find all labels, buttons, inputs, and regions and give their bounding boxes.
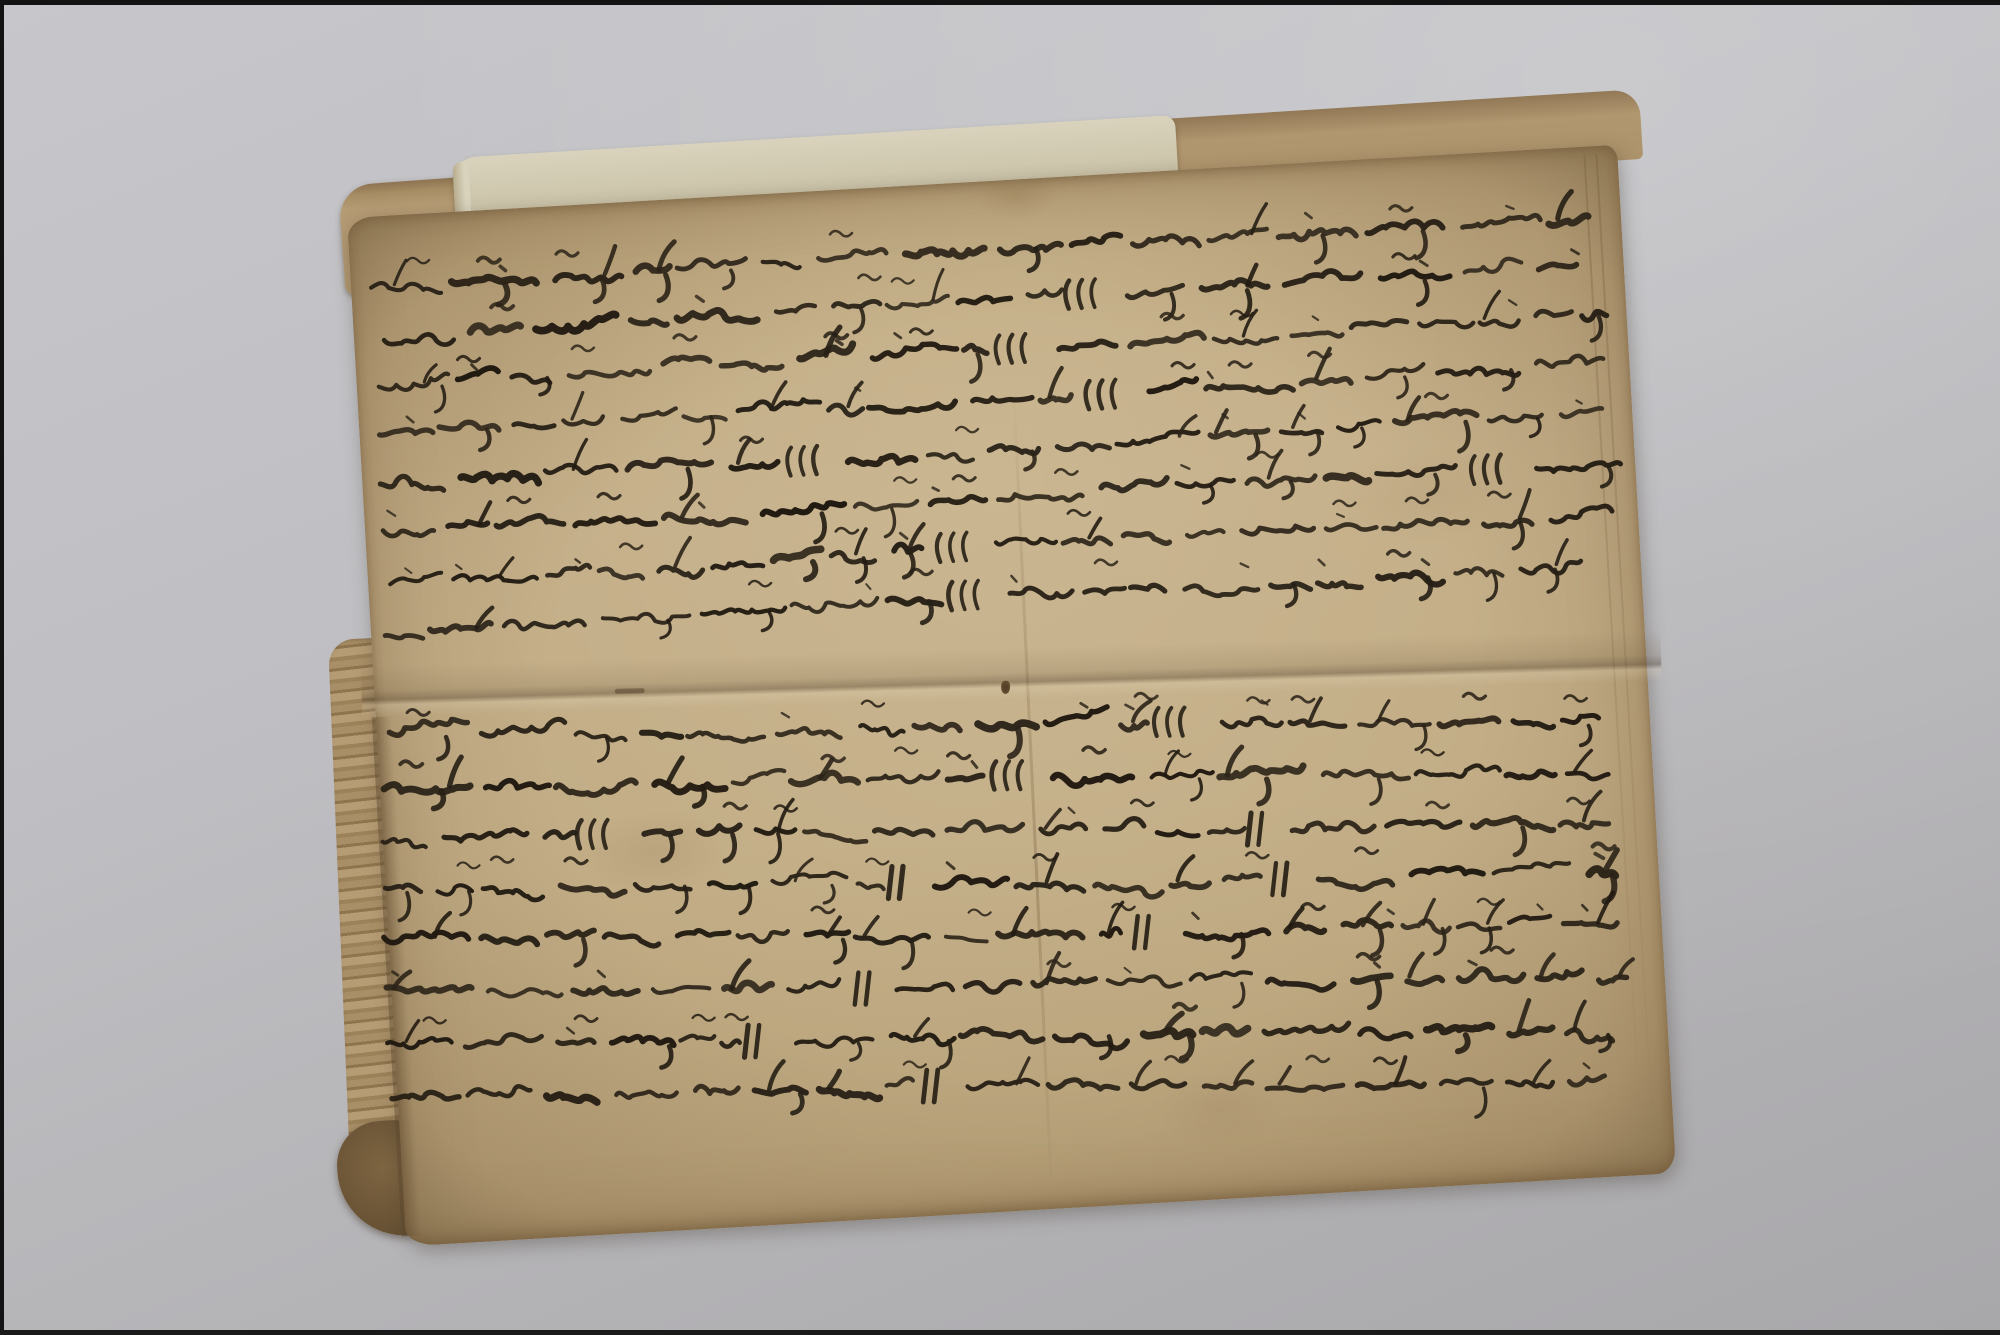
- script-stroke: [744, 1025, 748, 1057]
- script-stroke: [1483, 455, 1489, 483]
- script-stroke: [854, 973, 858, 1005]
- script-stroke: [875, 829, 933, 836]
- script-stroke: [1305, 213, 1311, 218]
- script-stroke: [949, 533, 955, 561]
- script-stroke: [1326, 474, 1369, 484]
- script-stroke: [1563, 922, 1617, 927]
- script-stroke: [481, 936, 537, 945]
- script-stroke: [500, 266, 505, 271]
- script-stroke: [383, 528, 434, 538]
- script-stroke: [1224, 875, 1260, 880]
- script-stroke: [1464, 258, 1522, 273]
- script-stroke: [512, 373, 550, 385]
- script-stroke: [1053, 774, 1132, 786]
- script-stroke: [1576, 400, 1581, 404]
- script-stroke: [1375, 963, 1380, 967]
- script-line: [383, 531, 1583, 664]
- script-stroke: [1279, 1067, 1290, 1084]
- script-stroke: [468, 1086, 531, 1096]
- script-stroke: [1555, 540, 1568, 564]
- script-stroke: [1126, 705, 1134, 709]
- script-stroke: [1152, 771, 1213, 779]
- script-stroke: [749, 580, 771, 587]
- script-stroke: [1476, 1088, 1486, 1117]
- script-stroke: [545, 832, 575, 838]
- script-stroke: [456, 565, 462, 570]
- script-stroke: [1357, 1082, 1424, 1089]
- script-stroke: [928, 452, 973, 464]
- script-stroke: [828, 404, 863, 417]
- script-stroke: [598, 493, 620, 500]
- script-stroke: [831, 550, 875, 564]
- script-stroke: [1181, 465, 1189, 470]
- script-stroke: [770, 834, 780, 863]
- script-stroke: [1256, 451, 1278, 458]
- script-stroke: [571, 393, 585, 419]
- script-stroke: [961, 581, 967, 609]
- script-stroke: [903, 940, 913, 969]
- script-stroke: [1458, 1035, 1468, 1051]
- script-stroke: [1267, 451, 1283, 478]
- script-stroke: [661, 1046, 671, 1067]
- script-stroke: [1084, 588, 1124, 595]
- script-stroke: [998, 931, 1083, 938]
- script-stroke: [1599, 977, 1627, 983]
- script-stroke: [620, 543, 642, 550]
- script-stroke: [1377, 465, 1456, 477]
- script-stroke: [847, 383, 863, 407]
- script-stroke: [905, 247, 984, 260]
- script-stroke: [866, 584, 870, 589]
- script-stroke: [900, 533, 907, 539]
- script-stroke: [947, 821, 1023, 831]
- script-stroke: [1462, 215, 1540, 227]
- open-manuscript-spread: [347, 145, 1676, 1247]
- script-stroke: [1318, 581, 1362, 590]
- script-stroke: [1229, 361, 1251, 368]
- script-stroke: [1337, 514, 1344, 518]
- script-stroke: [1419, 319, 1473, 330]
- script-stroke: [575, 516, 655, 528]
- script-stroke: [824, 885, 834, 903]
- script-stroke: [1302, 903, 1324, 909]
- script-line: [381, 431, 1622, 567]
- script-stroke: [380, 474, 444, 494]
- script-stroke: [1313, 316, 1318, 320]
- script-stroke: [1131, 800, 1153, 806]
- script-stroke: [868, 771, 939, 782]
- script-stroke: [1489, 415, 1542, 423]
- script-stroke: [1186, 930, 1269, 940]
- script-stroke: [1426, 1025, 1491, 1032]
- script-stroke: [862, 701, 884, 707]
- script-stroke: [1033, 978, 1095, 986]
- script-stroke: [872, 343, 957, 360]
- script-stroke: [576, 732, 626, 741]
- script-stroke: [1574, 1002, 1585, 1031]
- script-stroke: [1383, 518, 1467, 530]
- script-stroke: [1393, 253, 1415, 260]
- script-stroke: [1088, 518, 1101, 537]
- script-stroke: [962, 532, 968, 560]
- script-stroke: [833, 301, 880, 308]
- top-page-script: [364, 189, 1638, 680]
- script-stroke: [1184, 582, 1258, 598]
- script-stroke: [1491, 947, 1513, 953]
- script-stroke: [508, 496, 530, 503]
- script-stroke: [931, 269, 944, 299]
- script-stroke: [491, 856, 513, 862]
- script-stroke: [563, 416, 603, 425]
- script-stroke: [406, 1021, 419, 1042]
- script-stroke: [483, 887, 543, 901]
- script-stroke: [970, 354, 981, 382]
- script-stroke: [699, 503, 704, 508]
- script-stroke: [829, 1071, 839, 1087]
- script-stroke: [1133, 701, 1151, 721]
- script-stroke: [644, 831, 680, 834]
- script-stroke: [1569, 1076, 1605, 1085]
- script-stroke: [866, 858, 888, 864]
- script-stroke: [936, 534, 942, 562]
- script-stroke: [572, 440, 588, 470]
- script-stroke: [1425, 392, 1447, 399]
- script-stroke: [695, 1086, 738, 1094]
- script-stroke: [1584, 1064, 1590, 1069]
- script-stroke: [848, 455, 915, 466]
- script-stroke: [1441, 1079, 1492, 1084]
- script-stroke: [812, 446, 818, 474]
- script-stroke: [1416, 726, 1426, 750]
- script-stroke: [978, 723, 1036, 729]
- script-stroke: [655, 781, 726, 792]
- script-stroke: [930, 496, 985, 504]
- script-stroke: [1351, 320, 1407, 328]
- script-stroke: [561, 885, 625, 897]
- script-stroke: [642, 732, 681, 737]
- script-stroke: [1515, 828, 1525, 855]
- script-stroke: [1127, 285, 1183, 298]
- script-stroke: [1353, 976, 1390, 982]
- script-stroke: [899, 866, 903, 898]
- script-stroke: [693, 1015, 715, 1021]
- fold-crease-mark: [615, 688, 645, 694]
- script-stroke: [886, 1078, 912, 1086]
- script-stroke: [818, 249, 886, 261]
- script-stroke: [612, 1036, 674, 1046]
- script-stroke: [1469, 961, 1476, 965]
- script-stroke: [1048, 368, 1063, 397]
- script-stroke: [923, 1070, 927, 1102]
- script-stroke: [1085, 381, 1091, 409]
- script-stroke: [461, 471, 539, 487]
- script-stroke: [773, 549, 821, 560]
- script-stroke: [598, 971, 604, 977]
- script-stroke: [573, 988, 638, 995]
- script-stroke: [1132, 234, 1199, 249]
- script-stroke: [400, 761, 422, 767]
- script-stroke: [663, 356, 710, 364]
- script-stroke: [933, 487, 939, 491]
- script-stroke: [792, 1094, 802, 1113]
- script-stroke: [1180, 708, 1185, 736]
- script-stroke: [1458, 422, 1470, 451]
- script-stroke: [1021, 334, 1027, 362]
- script-stroke: [371, 280, 441, 297]
- script-stroke: [1550, 506, 1612, 523]
- script-stroke: [677, 308, 758, 325]
- script-stroke: [575, 559, 580, 563]
- script-stroke: [1220, 766, 1304, 777]
- script-stroke: [1208, 372, 1212, 378]
- script-stroke: [1202, 1027, 1247, 1035]
- script-stroke: [724, 803, 746, 809]
- script-stroke: [1191, 779, 1201, 800]
- script-stroke: [1258, 813, 1262, 845]
- script-stroke: [1520, 561, 1581, 575]
- script-stroke: [658, 275, 669, 301]
- script-stroke: [478, 256, 500, 263]
- script-stroke: [684, 414, 726, 422]
- script-stroke: [1439, 718, 1498, 726]
- script-stroke: [1380, 269, 1450, 282]
- script-stroke: [1496, 455, 1502, 483]
- script-stroke: [1488, 491, 1510, 498]
- script-stroke: [384, 932, 469, 943]
- script-stroke: [712, 561, 763, 568]
- script-stroke: [948, 776, 983, 780]
- script-stroke: [1420, 261, 1427, 266]
- stitch-mark: [1001, 681, 1011, 694]
- script-stroke: [1283, 482, 1294, 499]
- script-stroke: [1326, 523, 1377, 532]
- script-stroke: [1241, 563, 1249, 567]
- script-stroke: [1101, 478, 1167, 492]
- script-stroke: [603, 820, 608, 848]
- script-stroke: [1008, 335, 1014, 363]
- script-stroke: [858, 274, 880, 281]
- script-stroke: [1323, 770, 1409, 780]
- script-stroke: [461, 891, 471, 915]
- bottom-page-script: [381, 690, 1643, 1183]
- script-stroke: [1561, 408, 1603, 417]
- script-line: [389, 688, 1599, 764]
- script-stroke: [1518, 490, 1531, 518]
- script-stroke: [1034, 854, 1056, 860]
- script-stroke: [738, 399, 820, 412]
- script-stroke: [479, 430, 490, 450]
- script-stroke: [1098, 380, 1104, 408]
- script-stroke: [1059, 341, 1116, 350]
- script-stroke: [1619, 959, 1633, 977]
- script-stroke: [1437, 366, 1518, 380]
- script-stroke: [1174, 1004, 1196, 1010]
- script-stroke: [974, 581, 980, 609]
- script-stroke: [894, 476, 916, 483]
- script-stroke: [1567, 773, 1608, 780]
- script-stroke: [1055, 1035, 1128, 1049]
- script-stroke: [555, 272, 622, 285]
- script-stroke: [1605, 850, 1617, 870]
- script-stroke: [1538, 904, 1543, 909]
- script-stroke: [1121, 722, 1147, 730]
- script-stroke: [973, 396, 1033, 403]
- script-stroke: [1040, 395, 1071, 402]
- script-stroke: [389, 719, 467, 735]
- script-stroke: [424, 1017, 446, 1023]
- script-stroke: [1000, 244, 1061, 254]
- script-stroke: [1278, 228, 1356, 241]
- script-stroke: [991, 761, 996, 789]
- script-stroke: [449, 757, 461, 786]
- photo-backdrop: [0, 0, 2000, 1335]
- script-stroke: [769, 1061, 784, 1089]
- script-stroke: [590, 820, 595, 848]
- script-stroke: [1372, 930, 1382, 955]
- script-stroke: [1193, 913, 1199, 919]
- script-stroke: [1209, 828, 1245, 833]
- script-stroke: [858, 883, 884, 889]
- script-stroke: [1319, 560, 1325, 566]
- script-stroke: [865, 972, 869, 1004]
- script-stroke: [1427, 802, 1449, 808]
- script-stroke: [946, 936, 987, 942]
- script-stroke: [1390, 205, 1412, 212]
- script-stroke: [998, 491, 1082, 505]
- script-stroke: [1315, 235, 1326, 262]
- script-stroke: [1374, 1058, 1396, 1064]
- script-stroke: [659, 565, 703, 579]
- script-stroke: [1581, 726, 1591, 746]
- script-stroke: [680, 1035, 714, 1040]
- script-stroke: [384, 784, 470, 793]
- script-stroke: [772, 873, 846, 885]
- script-stroke: [635, 884, 690, 891]
- script-stroke: [387, 986, 472, 992]
- script-stroke: [499, 558, 514, 576]
- script-stroke: [903, 554, 914, 577]
- script-stroke: [995, 335, 1001, 363]
- script-stroke: [385, 633, 423, 640]
- script-stroke: [1506, 206, 1513, 210]
- script-stroke: [814, 514, 826, 542]
- script-stroke: [1247, 475, 1316, 487]
- script-stroke: [1177, 856, 1193, 880]
- script-stroke: [1136, 1062, 1150, 1084]
- script-stroke: [481, 719, 565, 736]
- script-stroke: [407, 416, 414, 422]
- script-stroke: [677, 930, 729, 936]
- script-stroke: [1568, 798, 1590, 804]
- script-stroke: [948, 753, 970, 759]
- script-stroke: [935, 876, 1008, 887]
- script-stroke: [851, 1043, 861, 1060]
- script-stroke: [1535, 310, 1571, 317]
- script-stroke: [575, 1016, 597, 1022]
- script-stroke: [934, 1070, 938, 1102]
- script-stroke: [1422, 559, 1428, 565]
- script-line: [382, 233, 1581, 368]
- script-stroke: [869, 401, 956, 413]
- script-stroke: [721, 361, 782, 373]
- script-stroke: [1131, 1080, 1185, 1089]
- script-stroke: [384, 333, 454, 348]
- script-stroke: [1154, 708, 1159, 736]
- script-stroke: [1422, 749, 1444, 755]
- script-stroke: [1063, 537, 1111, 546]
- script-stroke: [1571, 249, 1578, 254]
- script-stroke: [1416, 765, 1500, 777]
- script-stroke: [1406, 497, 1428, 504]
- script-stroke: [836, 527, 858, 534]
- script-stroke: [786, 448, 792, 476]
- script-stroke: [677, 257, 746, 269]
- script-stroke: [895, 333, 901, 338]
- script-stroke: [1283, 863, 1287, 895]
- script-stroke: [1378, 571, 1443, 588]
- script-stroke: [1130, 332, 1204, 346]
- script-stroke: [812, 907, 834, 913]
- script-stroke: [855, 500, 918, 510]
- script-stroke: [1017, 761, 1022, 789]
- script-stroke: [383, 839, 426, 848]
- script-stroke: [972, 762, 977, 768]
- script-stroke: [733, 770, 785, 784]
- script-stroke: [556, 780, 636, 795]
- script-stroke: [565, 858, 587, 864]
- script-stroke: [1463, 693, 1485, 699]
- script-stroke: [451, 275, 536, 288]
- script-stroke: [1371, 779, 1381, 804]
- script-stroke: [910, 328, 932, 335]
- photo-edge-top: [0, 0, 2000, 5]
- script-stroke: [1247, 813, 1251, 845]
- script-stroke: [864, 917, 878, 935]
- script-stroke: [737, 440, 751, 463]
- script-stroke: [1397, 377, 1408, 398]
- script-stroke: [1483, 291, 1501, 318]
- script-stroke: [577, 820, 582, 848]
- script-stroke: [1108, 976, 1181, 987]
- script-stroke: [687, 732, 764, 742]
- script-stroke: [1473, 817, 1554, 831]
- script-stroke: [897, 984, 953, 991]
- script-stroke: [1013, 908, 1027, 934]
- script-stroke: [1584, 792, 1601, 821]
- script-stroke: [1459, 969, 1524, 982]
- script-stroke: [378, 373, 449, 391]
- script-stroke: [1010, 586, 1073, 601]
- script-stroke: [779, 800, 794, 829]
- script-stroke: [1149, 379, 1197, 392]
- script-stroke: [387, 510, 395, 516]
- script-stroke: [799, 447, 805, 475]
- script-stroke: [1415, 231, 1426, 258]
- script-stroke: [1011, 576, 1016, 582]
- script-stroke: [486, 780, 550, 789]
- script-stroke: [1242, 525, 1314, 535]
- script-stroke: [1069, 808, 1075, 813]
- script-stroke: [504, 617, 585, 631]
- script-stroke: [1333, 500, 1355, 507]
- script-stroke: [1530, 419, 1541, 437]
- script-stroke: [853, 308, 864, 332]
- script-stroke: [958, 296, 1011, 303]
- script-stroke: [740, 886, 750, 913]
- script-line: [391, 1051, 1605, 1130]
- script-stroke: [662, 836, 672, 861]
- script-stroke: [1010, 728, 1020, 756]
